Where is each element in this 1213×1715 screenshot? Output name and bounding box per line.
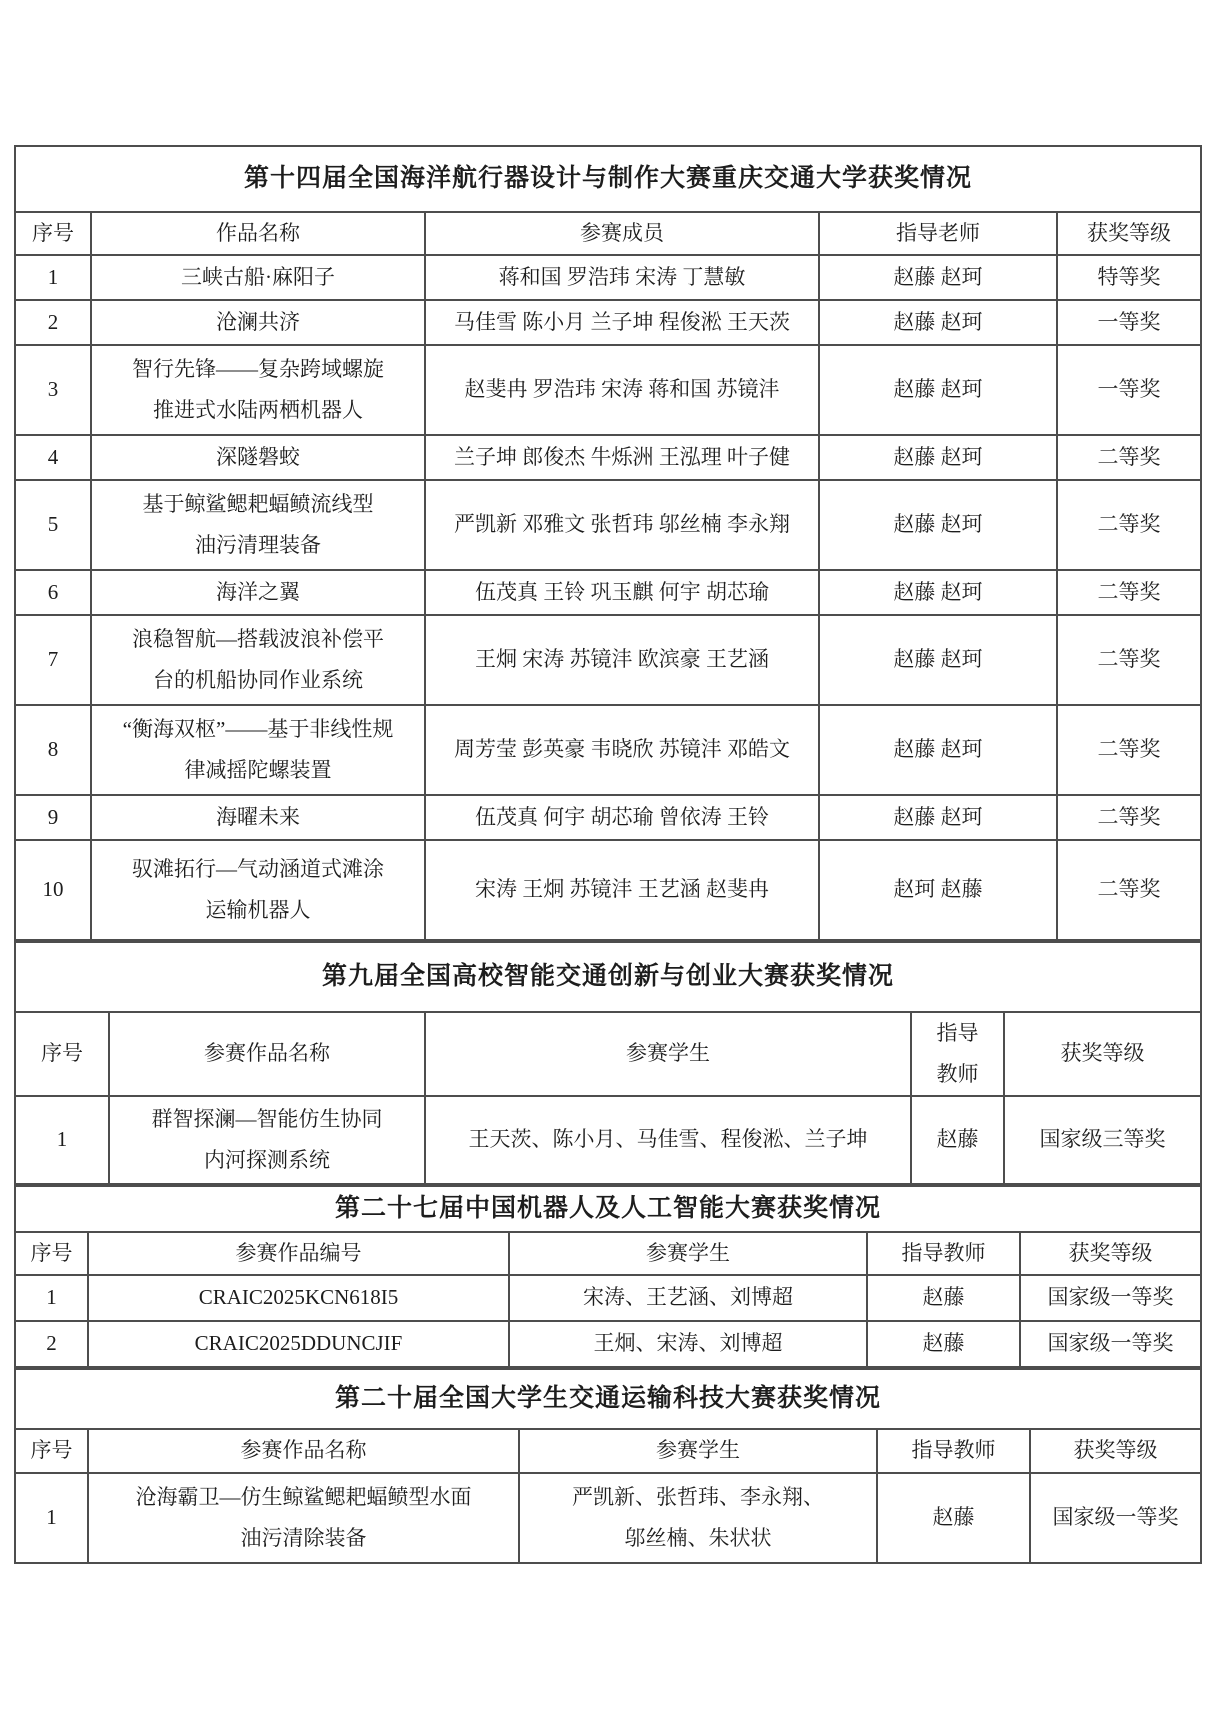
cell-teachers: 赵藤 赵珂 (819, 435, 1057, 480)
header-cell-work-name: 作品名称 (91, 212, 425, 255)
cell-work-name: 三峡古船·麻阳子 (91, 255, 425, 300)
header-cell-work-name: 参赛作品名称 (109, 1012, 425, 1096)
header-cell-work-name: 参赛作品名称 (88, 1429, 519, 1473)
header-cell-seq: 序号 (15, 1429, 88, 1473)
cell-members: 伍茂真 王铃 巩玉麒 何宇 胡芯瑜 (425, 570, 819, 615)
table-header-row: 序号 参赛作品名称 参赛学生 指导教师 获奖等级 (15, 1429, 1201, 1473)
cell-students: 王炯、宋涛、刘博超 (509, 1321, 867, 1367)
header-cell-teachers: 指导教师 (867, 1232, 1020, 1275)
cell-work-code: CRAIC2025KCN618I5 (88, 1275, 509, 1321)
cell-seq: 1 (15, 1275, 88, 1321)
table-header-row: 序号 参赛作品名称 参赛学生 指导 教师 获奖等级 (15, 1012, 1201, 1096)
cell-award: 二等奖 (1057, 615, 1201, 705)
cell-teachers: 赵藤 赵珂 (819, 480, 1057, 570)
cell-teachers: 赵藤 赵珂 (819, 255, 1057, 300)
cell-members: 兰子坤 郎俊杰 牛烁洲 王泓理 叶子健 (425, 435, 819, 480)
cell-seq: 10 (15, 840, 91, 940)
table-row: 第二十届全国大学生交通运输科技大赛获奖情况 (15, 1369, 1201, 1429)
cell-work-name: 深隧磐蛟 (91, 435, 425, 480)
table-row: 6 海洋之翼 伍茂真 王铃 巩玉麒 何宇 胡芯瑜 赵藤 赵珂 二等奖 (15, 570, 1201, 615)
table-row: 2 CRAIC2025DDUNCJIF 王炯、宋涛、刘博超 赵藤 国家级一等奖 (15, 1321, 1201, 1367)
cell-award: 一等奖 (1057, 345, 1201, 435)
header-cell-students: 参赛学生 (425, 1012, 911, 1096)
table-transportation-science-competition: 第二十届全国大学生交通运输科技大赛获奖情况 序号 参赛作品名称 参赛学生 指导教… (14, 1368, 1202, 1564)
cell-teachers: 赵藤 (867, 1321, 1020, 1367)
section-title: 第二十七届中国机器人及人工智能大赛获奖情况 (15, 1186, 1201, 1232)
cell-award: 特等奖 (1057, 255, 1201, 300)
cell-teachers: 赵珂 赵藤 (819, 840, 1057, 940)
cell-seq: 2 (15, 1321, 88, 1367)
header-cell-award: 获奖等级 (1030, 1429, 1201, 1473)
cell-work-name: 沧澜共济 (91, 300, 425, 345)
header-cell-seq: 序号 (15, 212, 91, 255)
cell-teachers: 赵藤 赵珂 (819, 615, 1057, 705)
cell-award: 国家级一等奖 (1020, 1321, 1201, 1367)
table-robot-ai-competition: 第二十七届中国机器人及人工智能大赛获奖情况 序号 参赛作品编号 参赛学生 指导教… (14, 1185, 1202, 1368)
cell-award: 国家级三等奖 (1004, 1096, 1201, 1184)
cell-teachers: 赵藤 赵珂 (819, 705, 1057, 795)
cell-teachers: 赵藤 赵珂 (819, 795, 1057, 840)
cell-members: 马佳雪 陈小月 兰子坤 程俊淞 王天茨 (425, 300, 819, 345)
cell-work-name: 基于鲸鲨鳃耙蝠鲼流线型 油污清理装备 (91, 480, 425, 570)
header-cell-teachers: 指导 教师 (911, 1012, 1004, 1096)
cell-teachers: 赵藤 (867, 1275, 1020, 1321)
cell-members: 伍茂真 何宇 胡芯瑜 曾依涛 王铃 (425, 795, 819, 840)
header-cell-members: 参赛成员 (425, 212, 819, 255)
cell-seq: 3 (15, 345, 91, 435)
cell-work-name: 沧海霸卫—仿生鲸鲨鳃耙蝠鲼型水面 油污清除装备 (88, 1473, 519, 1563)
cell-teachers: 赵藤 (877, 1473, 1030, 1563)
cell-work-name: 群智探澜—智能仿生协同 内河探测系统 (109, 1096, 425, 1184)
cell-seq: 8 (15, 705, 91, 795)
table-header-row: 序号 参赛作品编号 参赛学生 指导教师 获奖等级 (15, 1232, 1201, 1275)
table-row: 10 驭滩拓行—气动涵道式滩涂 运输机器人 宋涛 王炯 苏镜沣 王艺涵 赵斐冉 … (15, 840, 1201, 940)
table-row: 1 三峡古船·麻阳子 蒋和国 罗浩玮 宋涛 丁慧敏 赵藤 赵珂 特等奖 (15, 255, 1201, 300)
cell-award: 二等奖 (1057, 480, 1201, 570)
header-cell-work-code: 参赛作品编号 (88, 1232, 509, 1275)
table-row: 1 沧海霸卫—仿生鲸鲨鳃耙蝠鲼型水面 油污清除装备 严凯新、张哲玮、李永翔、 邬… (15, 1473, 1201, 1563)
table-header-row: 序号 作品名称 参赛成员 指导老师 获奖等级 (15, 212, 1201, 255)
table-row: 2 沧澜共济 马佳雪 陈小月 兰子坤 程俊淞 王天茨 赵藤 赵珂 一等奖 (15, 300, 1201, 345)
cell-award: 二等奖 (1057, 840, 1201, 940)
table-row: 8 “衡海双枢”——基于非线性规 律减摇陀螺装置 周芳莹 彭英豪 韦晓欣 苏镜沣… (15, 705, 1201, 795)
cell-students: 王天茨、陈小月、马佳雪、程俊淞、兰子坤 (425, 1096, 911, 1184)
cell-work-name: 浪稳智航—搭载波浪补偿平 台的机船协同作业系统 (91, 615, 425, 705)
cell-members: 严凯新 邓雅文 张哲玮 邬丝楠 李永翔 (425, 480, 819, 570)
cell-seq: 1 (15, 1096, 109, 1184)
table-row: 4 深隧磐蛟 兰子坤 郎俊杰 牛烁洲 王泓理 叶子健 赵藤 赵珂 二等奖 (15, 435, 1201, 480)
table-intelligent-transportation-competition: 第九届全国高校智能交通创新与创业大赛获奖情况 序号 参赛作品名称 参赛学生 指导… (14, 941, 1202, 1185)
cell-work-code: CRAIC2025DDUNCJIF (88, 1321, 509, 1367)
cell-seq: 9 (15, 795, 91, 840)
table-row: 9 海曜未来 伍茂真 何宇 胡芯瑜 曾依涛 王铃 赵藤 赵珂 二等奖 (15, 795, 1201, 840)
cell-teachers: 赵藤 赵珂 (819, 345, 1057, 435)
table-row: 第二十七届中国机器人及人工智能大赛获奖情况 (15, 1186, 1201, 1232)
cell-members: 王炯 宋涛 苏镜沣 欧滨豪 王艺涵 (425, 615, 819, 705)
cell-seq: 1 (15, 1473, 88, 1563)
cell-award: 二等奖 (1057, 435, 1201, 480)
table-row: 第九届全国高校智能交通创新与创业大赛获奖情况 (15, 942, 1201, 1012)
cell-members: 蒋和国 罗浩玮 宋涛 丁慧敏 (425, 255, 819, 300)
cell-work-name: 驭滩拓行—气动涵道式滩涂 运输机器人 (91, 840, 425, 940)
table-row: 3 智行先锋——复杂跨域螺旋 推进式水陆两栖机器人 赵斐冉 罗浩玮 宋涛 蒋和国… (15, 345, 1201, 435)
table-row: 第十四届全国海洋航行器设计与制作大赛重庆交通大学获奖情况 (15, 146, 1201, 212)
header-cell-students: 参赛学生 (509, 1232, 867, 1275)
header-cell-seq: 序号 (15, 1232, 88, 1275)
header-cell-students: 参赛学生 (519, 1429, 877, 1473)
cell-students: 严凯新、张哲玮、李永翔、 邬丝楠、朱状状 (519, 1473, 877, 1563)
table-row: 1 群智探澜—智能仿生协同 内河探测系统 王天茨、陈小月、马佳雪、程俊淞、兰子坤… (15, 1096, 1201, 1184)
cell-award: 二等奖 (1057, 795, 1201, 840)
cell-members: 宋涛 王炯 苏镜沣 王艺涵 赵斐冉 (425, 840, 819, 940)
cell-award: 一等奖 (1057, 300, 1201, 345)
cell-seq: 7 (15, 615, 91, 705)
cell-members: 周芳莹 彭英豪 韦晓欣 苏镜沣 邓皓文 (425, 705, 819, 795)
cell-work-name: 智行先锋——复杂跨域螺旋 推进式水陆两栖机器人 (91, 345, 425, 435)
cell-seq: 5 (15, 480, 91, 570)
header-cell-award: 获奖等级 (1020, 1232, 1201, 1275)
header-cell-seq: 序号 (15, 1012, 109, 1096)
table-row: 7 浪稳智航—搭载波浪补偿平 台的机船协同作业系统 王炯 宋涛 苏镜沣 欧滨豪 … (15, 615, 1201, 705)
cell-award: 国家级一等奖 (1020, 1275, 1201, 1321)
header-cell-award: 获奖等级 (1004, 1012, 1201, 1096)
cell-teachers: 赵藤 赵珂 (819, 570, 1057, 615)
cell-award: 国家级一等奖 (1030, 1473, 1201, 1563)
header-cell-teachers: 指导老师 (819, 212, 1057, 255)
cell-members: 赵斐冉 罗浩玮 宋涛 蒋和国 苏镜沣 (425, 345, 819, 435)
section-title: 第二十届全国大学生交通运输科技大赛获奖情况 (15, 1369, 1201, 1429)
cell-seq: 6 (15, 570, 91, 615)
cell-award: 二等奖 (1057, 705, 1201, 795)
cell-work-name: 海洋之翼 (91, 570, 425, 615)
table-row: 5 基于鲸鲨鳃耙蝠鲼流线型 油污清理装备 严凯新 邓雅文 张哲玮 邬丝楠 李永翔… (15, 480, 1201, 570)
cell-students: 宋涛、王艺涵、刘博超 (509, 1275, 867, 1321)
cell-work-name: 海曜未来 (91, 795, 425, 840)
header-cell-teachers: 指导教师 (877, 1429, 1030, 1473)
cell-teachers: 赵藤 (911, 1096, 1004, 1184)
cell-teachers: 赵藤 赵珂 (819, 300, 1057, 345)
header-cell-award: 获奖等级 (1057, 212, 1201, 255)
cell-seq: 4 (15, 435, 91, 480)
cell-seq: 2 (15, 300, 91, 345)
award-document: 第十四届全国海洋航行器设计与制作大赛重庆交通大学获奖情况 序号 作品名称 参赛成… (14, 145, 1200, 1564)
cell-seq: 1 (15, 255, 91, 300)
section-title: 第九届全国高校智能交通创新与创业大赛获奖情况 (15, 942, 1201, 1012)
cell-work-name: “衡海双枢”——基于非线性规 律减摇陀螺装置 (91, 705, 425, 795)
table-marine-vehicle-competition: 第十四届全国海洋航行器设计与制作大赛重庆交通大学获奖情况 序号 作品名称 参赛成… (14, 145, 1202, 941)
section-title: 第十四届全国海洋航行器设计与制作大赛重庆交通大学获奖情况 (15, 146, 1201, 212)
table-row: 1 CRAIC2025KCN618I5 宋涛、王艺涵、刘博超 赵藤 国家级一等奖 (15, 1275, 1201, 1321)
cell-award: 二等奖 (1057, 570, 1201, 615)
